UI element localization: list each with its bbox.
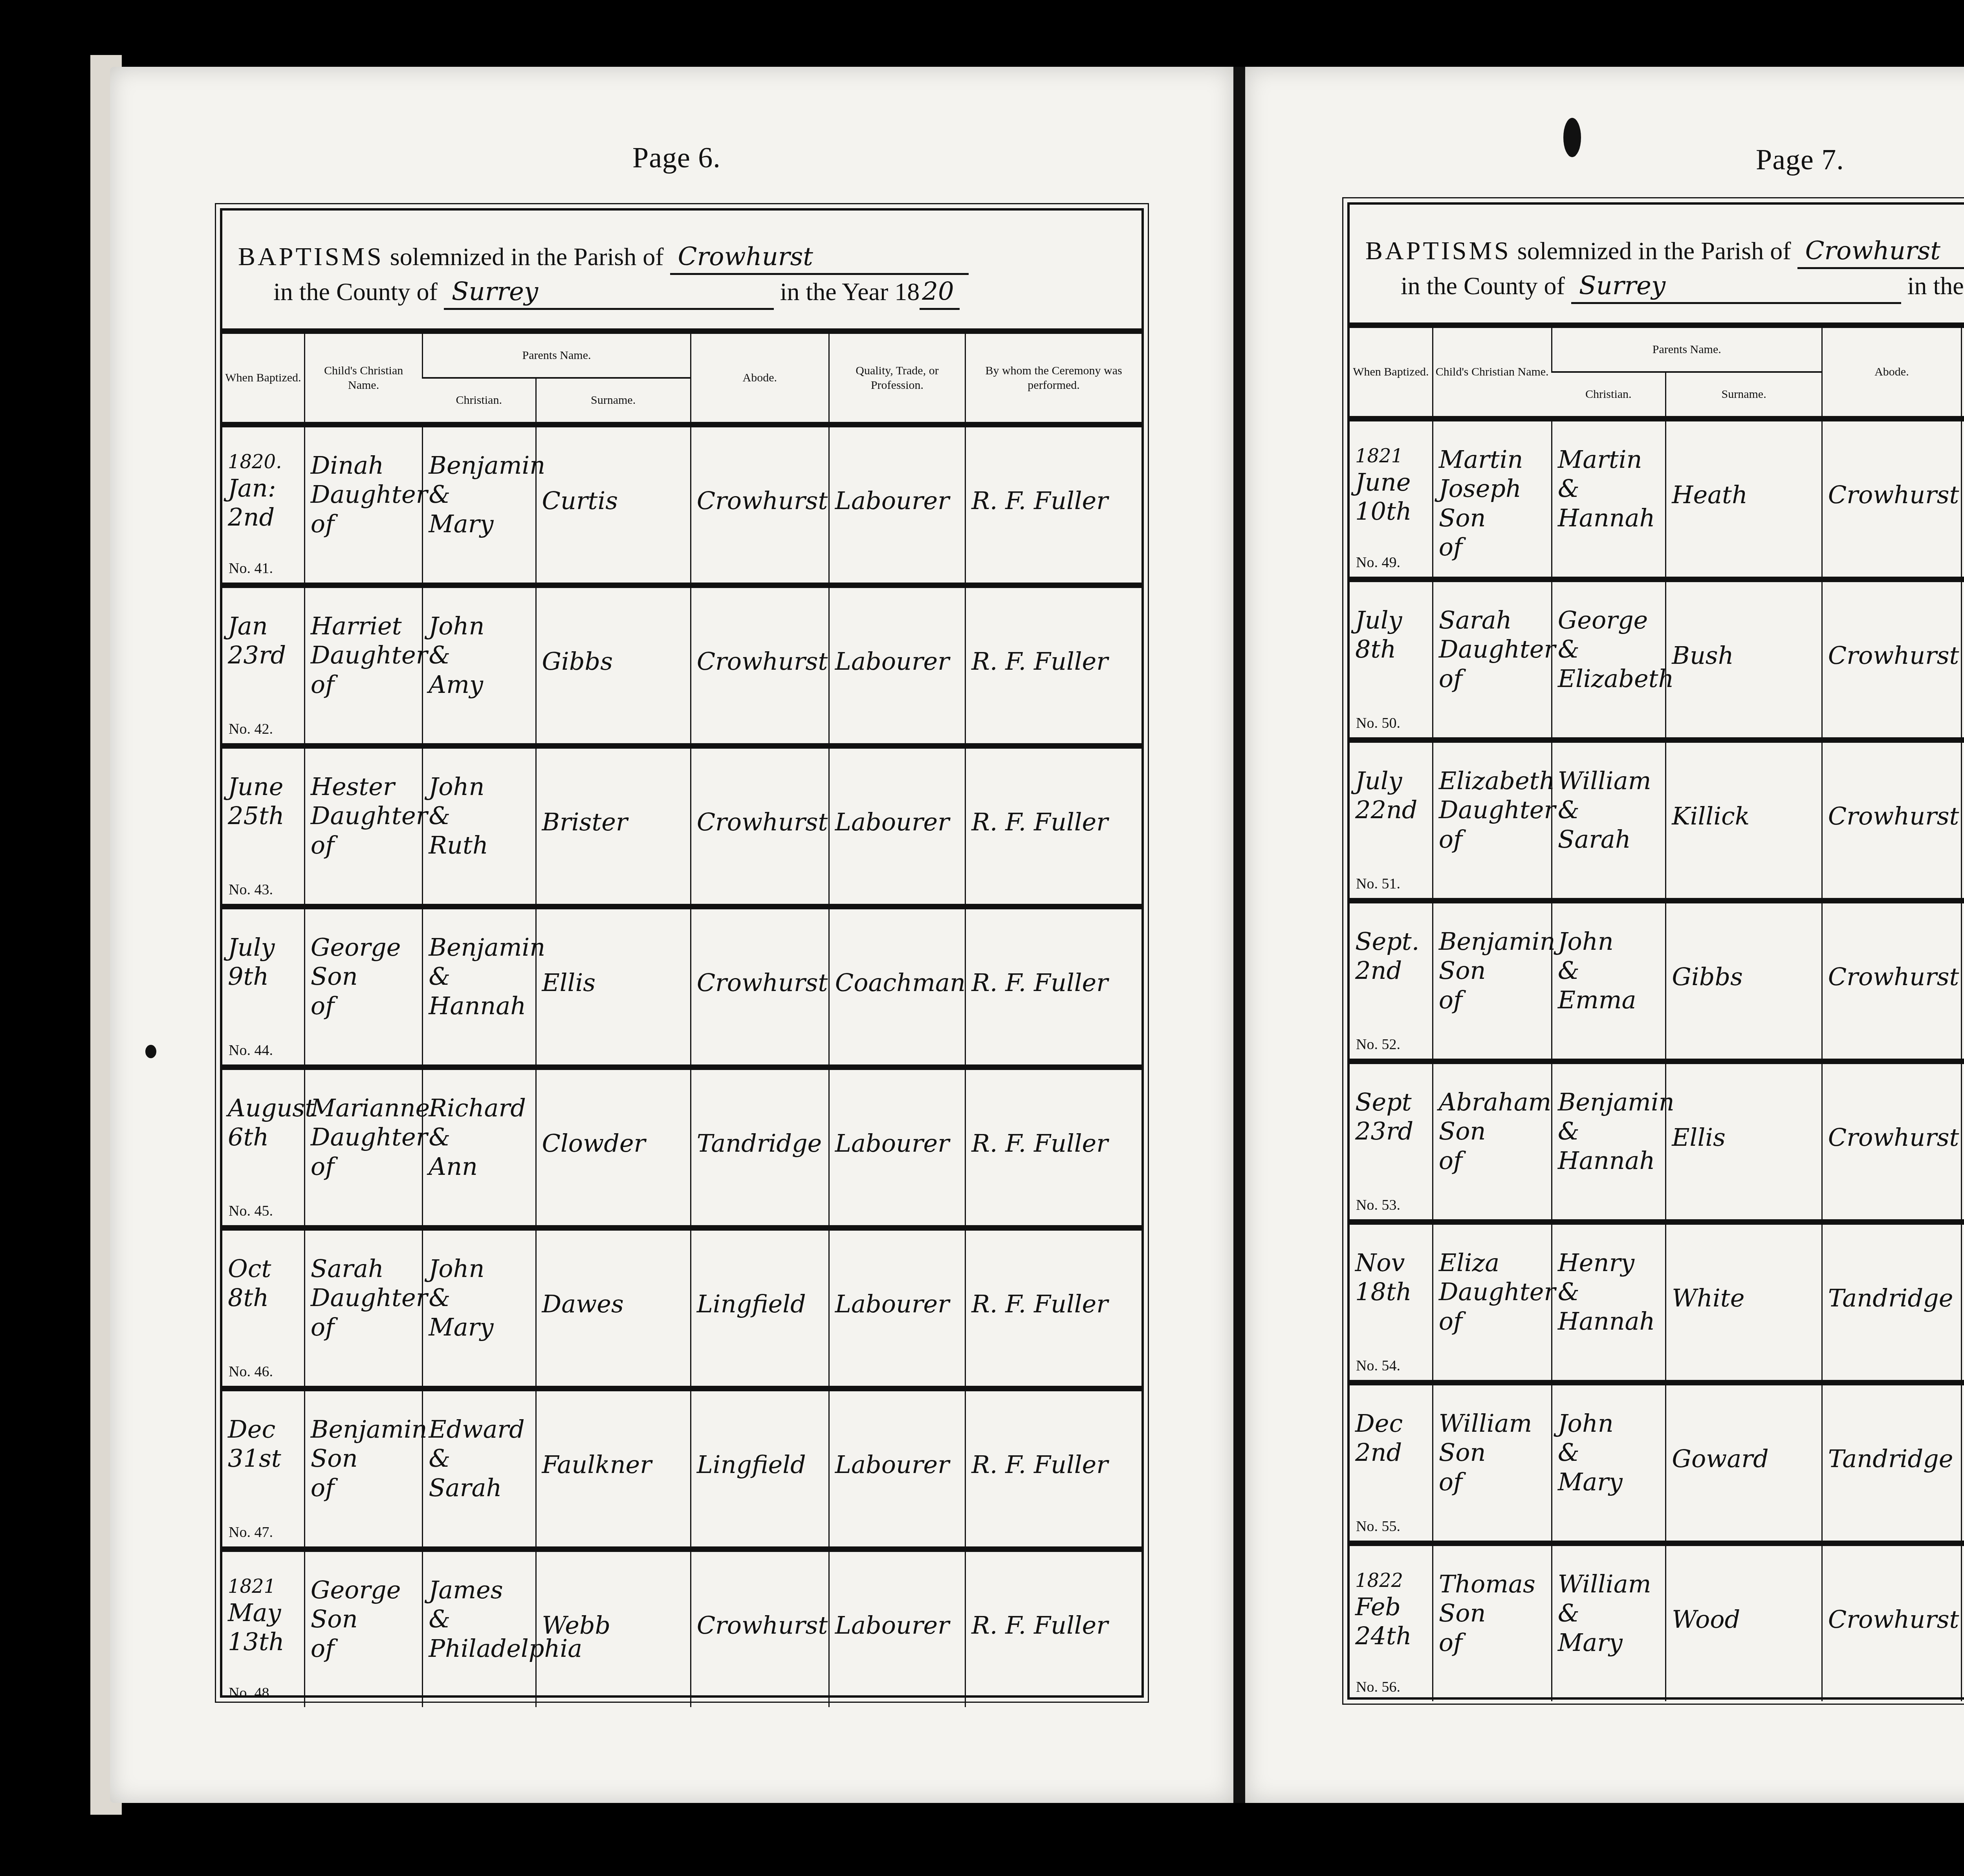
cell-quality-text: Labourer — [1962, 903, 1964, 991]
county-label: in the County of — [273, 278, 438, 306]
cell-quality: Coachman — [829, 907, 965, 1067]
cell-parents-christian-text: Benjamin & Hannah — [423, 909, 535, 1020]
baptism-date: Jan 23rd — [222, 588, 304, 670]
cell-child-name: George Son of — [304, 907, 423, 1067]
title-text: solemnized in the Parish of — [390, 243, 664, 271]
cell-parents-christian: Benjamin & Mary — [423, 425, 536, 585]
baptism-date: 1821May 13th — [222, 1552, 304, 1656]
cell-abode: Crowhurst — [1822, 1543, 1961, 1701]
cell-child-name: Abraham Son of — [1433, 1061, 1552, 1222]
cell-child-name: Thomas Son of — [1433, 1543, 1552, 1701]
cell-quality: Labourer — [1962, 901, 1964, 1061]
cell-child-name: Sarah Daughter of — [304, 1228, 423, 1389]
cell-abode-text: Crowhurst — [1823, 903, 1961, 991]
baptism-date: June 25th — [222, 749, 304, 831]
col-quality: Quality, Trade, or Profession. — [829, 331, 965, 425]
cell-child-name: William Son of — [1433, 1383, 1552, 1543]
cell-quality-text: Labourer — [830, 1231, 965, 1319]
cell-parents-surname-text: Bush — [1666, 582, 1821, 670]
cell-parents-christian: John & Ruth — [423, 746, 536, 907]
cell-parents-surname: Ellis — [536, 907, 691, 1067]
cell-child-name: Hester Daughter of — [304, 746, 423, 907]
cell-quality-text: Labourer — [830, 1391, 965, 1479]
cell-quality-text: Labourer — [1962, 743, 1964, 831]
col-parents-name: Parents Name. — [1552, 325, 1822, 372]
baptism-date: Sept 23rd — [1350, 1064, 1432, 1146]
entry-number: No. 47. — [229, 1524, 273, 1541]
cell-parents-surname-text: White — [1666, 1225, 1821, 1313]
table-row: Jan 23rdNo. 42.Harriet Daughter ofJohn &… — [222, 585, 1141, 746]
year-field: 20 — [920, 277, 960, 310]
cell-child-name-text: Elizabeth Daughter of — [1433, 743, 1551, 854]
cell-abode: Crowhurst — [691, 425, 829, 585]
cell-parents-christian-text: Martin & Hannah — [1552, 421, 1665, 533]
cell-quality: Labourer — [829, 1549, 965, 1707]
cell-when-baptized: Sept 23rdNo. 53. — [1350, 1061, 1433, 1222]
cell-abode: Tandridge — [1822, 1222, 1961, 1383]
cell-child-name-text: Sarah Daughter of — [1433, 582, 1551, 693]
cell-parents-surname-text: Curtis — [537, 427, 690, 515]
ink-blot — [1563, 118, 1581, 157]
cell-child-name: George Son of — [304, 1549, 423, 1707]
cell-quality: Labourer — [1962, 1061, 1964, 1222]
col-abode: Abode. — [691, 331, 829, 425]
cell-when-baptized: Dec 31stNo. 47. — [222, 1389, 304, 1549]
cell-quality: Labourer — [1962, 740, 1964, 901]
cell-parents-surname-text: Ellis — [537, 909, 690, 997]
cell-when-baptized: June 25thNo. 43. — [222, 746, 304, 907]
cell-child-name-text: George Son of — [305, 909, 422, 1020]
county-label: in the County of — [1401, 272, 1565, 300]
cell-officiant-text: R. F. Fuller — [966, 909, 1141, 997]
table-row: Nov 18thNo. 54.Eliza Daughter ofHenry & … — [1350, 1222, 1964, 1383]
cell-parents-surname: Gibbs — [1666, 901, 1822, 1061]
baptism-date: July 22nd — [1350, 743, 1432, 825]
cell-quality: Labourer — [1962, 579, 1964, 740]
cell-parents-christian: George & Elizabeth — [1552, 579, 1666, 740]
entry-number: No. 55. — [1356, 1518, 1400, 1535]
cell-parents-christian: Richard & Ann — [423, 1067, 536, 1228]
cell-abode: Crowhurst — [1822, 419, 1961, 579]
cell-quality-text: Coachman — [830, 909, 965, 997]
cell-child-name: Elizabeth Daughter of — [1433, 740, 1552, 901]
cell-when-baptized: 1822Feb 24thNo. 56. — [1350, 1543, 1433, 1701]
cell-officiant-text: R. F. Fuller — [966, 1070, 1141, 1158]
cell-officiant: R. F. Fuller — [966, 585, 1141, 746]
cell-when-baptized: Oct 8thNo. 46. — [222, 1228, 304, 1389]
cell-parents-surname-text: Brister — [537, 749, 690, 837]
cell-parents-surname-text: Gibbs — [537, 588, 690, 676]
cell-officiant-text: R. F. Fuller — [966, 1231, 1141, 1319]
cell-parents-christian-text: William & Mary — [1552, 1546, 1665, 1657]
table-row: Dec 31stNo. 47.Benjamin Son ofEdward & S… — [222, 1389, 1141, 1549]
col-parents-christian: Christian. — [1552, 372, 1666, 419]
cell-abode-text: Tandridge — [1823, 1385, 1961, 1473]
cell-parents-christian: James & Philadelphia — [423, 1549, 536, 1707]
cell-officiant: R. F. Fuller — [966, 1067, 1141, 1228]
cell-child-name-text: William Son of — [1433, 1385, 1551, 1497]
cell-parents-christian-text: Edward & Sarah — [423, 1391, 535, 1502]
col-child-name: Child's Christian Name. — [1433, 325, 1552, 419]
entry-number: No. 46. — [229, 1363, 273, 1380]
cell-abode: Crowhurst — [1822, 1061, 1961, 1222]
cell-abode: Crowhurst — [691, 746, 829, 907]
cell-abode-text: Crowhurst — [691, 1552, 828, 1640]
year-label: in the Year 18 — [1907, 272, 1964, 300]
cell-quality-text: Labourer — [1962, 1064, 1964, 1152]
cell-child-name: Dinah Daughter of — [304, 425, 423, 585]
baptism-year: 1822 — [1355, 1570, 1428, 1592]
table-row: 1821May 13thNo. 48.George Son ofJames & … — [222, 1549, 1141, 1707]
cell-officiant: R. F. Fuller — [966, 1228, 1141, 1389]
cell-parents-christian: John & Mary — [423, 1228, 536, 1389]
cell-officiant-text: R. F. Fuller — [966, 749, 1141, 837]
cell-parents-christian: Benjamin & Hannah — [1552, 1061, 1666, 1222]
header-row: When Baptized.Child's Christian Name.Par… — [222, 331, 1141, 378]
cell-quality: Labourer — [829, 1389, 965, 1549]
col-quality: Quality, Trade, or Profession. — [1962, 325, 1964, 419]
baptism-date: 1821June 10th — [1350, 421, 1432, 526]
baptism-date: Oct 8th — [222, 1231, 304, 1313]
cell-abode: Lingfield — [691, 1389, 829, 1549]
cell-abode-text: Crowhurst — [691, 427, 828, 515]
cell-child-name-text: Martin Joseph Son of — [1433, 421, 1551, 562]
cell-abode: Crowhurst — [691, 907, 829, 1067]
cell-child-name: Marianne Daughter of — [304, 1067, 423, 1228]
cell-officiant: R. F. Fuller — [966, 1389, 1141, 1549]
cell-parents-surname: Bush — [1666, 579, 1822, 740]
cell-parents-surname: White — [1666, 1222, 1822, 1383]
cell-parents-surname: Goward — [1666, 1383, 1822, 1543]
cell-quality: Labourer — [829, 425, 965, 585]
page-number-right: Page 7. — [1756, 143, 1844, 177]
cell-abode-text: Crowhurst — [1823, 1064, 1961, 1152]
cell-parents-christian-text: George & Elizabeth — [1552, 582, 1665, 693]
cell-abode-text: Lingfield — [691, 1231, 828, 1319]
cell-parents-surname-text: Clowder — [537, 1070, 690, 1158]
cell-abode: Crowhurst — [1822, 579, 1961, 740]
col-parents-surname: Surname. — [1666, 372, 1822, 419]
table-row: June 25thNo. 43.Hester Daughter ofJohn &… — [222, 746, 1141, 907]
cell-child-name-text: Harriet Daughter of — [305, 588, 422, 699]
cell-abode-text: Crowhurst — [1823, 582, 1961, 670]
col-parents-name: Parents Name. — [423, 331, 691, 378]
table-row: Oct 8thNo. 46.Sarah Daughter ofJohn & Ma… — [222, 1228, 1141, 1389]
cell-child-name-text: Abraham Son of — [1433, 1064, 1551, 1175]
cell-parents-christian-text: John & Mary — [1552, 1385, 1665, 1497]
cell-parents-surname-text: Wood — [1666, 1546, 1821, 1634]
baptism-date: Sept. 2nd — [1350, 903, 1432, 986]
col-when-baptized: When Baptized. — [222, 331, 304, 425]
cell-parents-surname: Webb — [536, 1549, 691, 1707]
cell-child-name-text: Eliza Daughter of — [1433, 1225, 1551, 1336]
col-when-baptized: When Baptized. — [1350, 325, 1433, 419]
cell-child-name-text: Marianne Daughter of — [305, 1070, 422, 1181]
cell-parents-christian-text: James & Philadelphia — [423, 1552, 535, 1663]
cell-when-baptized: 1820.Jan: 2ndNo. 41. — [222, 425, 304, 585]
cell-quality-text: Labourer — [830, 1070, 965, 1158]
cell-abode: Crowhurst — [1822, 740, 1961, 901]
cell-officiant-text: R. F. Fuller — [966, 1552, 1141, 1640]
col-child-name: Child's Christian Name. — [304, 331, 423, 425]
parish-field: Crowhurst — [1797, 236, 1964, 269]
baptism-table-left: When Baptized.Child's Christian Name.Par… — [222, 328, 1141, 1707]
county-field: Surrey — [1571, 271, 1901, 304]
cell-abode: Lingfield — [691, 1228, 829, 1389]
cell-when-baptized: July 8thNo. 50. — [1350, 579, 1433, 740]
cell-when-baptized: Jan 23rdNo. 42. — [222, 585, 304, 746]
cell-child-name-text: Benjamin Son of — [305, 1391, 422, 1502]
cell-parents-surname-text: Gibbs — [1666, 903, 1821, 991]
entry-number: No. 43. — [229, 881, 273, 898]
cell-child-name: Harriet Daughter of — [304, 585, 423, 746]
entry-number: No. 52. — [1356, 1036, 1400, 1053]
entry-number: No. 53. — [1356, 1196, 1400, 1214]
cell-parents-surname-text: Dawes — [537, 1231, 690, 1319]
cell-parents-christian: Edward & Sarah — [423, 1389, 536, 1549]
cell-abode: Tandridge — [1822, 1383, 1961, 1543]
cell-child-name: Martin Joseph Son of — [1433, 419, 1552, 579]
ink-dot — [145, 1045, 156, 1058]
cell-child-name-text: Sarah Daughter of — [305, 1231, 422, 1342]
col-parents-christian: Christian. — [423, 378, 536, 425]
entry-number: No. 42. — [229, 720, 273, 738]
entry-number: No. 49. — [1356, 554, 1400, 571]
col-parents-surname: Surname. — [536, 378, 691, 425]
cell-quality-text: Labourer — [1962, 1385, 1964, 1473]
cell-parents-surname: Wood — [1666, 1543, 1822, 1701]
entry-number: No. 48. — [229, 1684, 273, 1702]
baptism-date: Nov 18th — [1350, 1225, 1432, 1307]
col-officiant: By whom the Ceremony was performed. — [966, 331, 1141, 425]
cell-quality: Labourer — [829, 1228, 965, 1389]
cell-parents-surname: Curtis — [536, 425, 691, 585]
cell-parents-surname: Heath — [1666, 419, 1822, 579]
cell-officiant: R. F. Fuller — [966, 425, 1141, 585]
cell-parents-surname: Ellis — [1666, 1061, 1822, 1222]
header-row: When Baptized.Child's Christian Name.Par… — [1350, 325, 1964, 372]
cell-parents-christian-text: John & Mary — [423, 1231, 535, 1342]
table-row: August 6thNo. 45.Marianne Daughter ofRic… — [222, 1067, 1141, 1228]
cell-parents-christian-text: Richard & Ann — [423, 1070, 535, 1181]
cell-parents-surname: Faulkner — [536, 1389, 691, 1549]
table-row: Sept. 2ndNo. 52.Benjamin Son ofJohn & Em… — [1350, 901, 1964, 1061]
cell-officiant-text: R. F. Fuller — [966, 427, 1141, 515]
county-field: Surrey — [444, 277, 774, 310]
cell-parents-surname: Killick — [1666, 740, 1822, 901]
cell-quality: Labourer — [829, 585, 965, 746]
entry-number: No. 44. — [229, 1042, 273, 1059]
entry-number: No. 45. — [229, 1202, 273, 1220]
cell-when-baptized: July 9thNo. 44. — [222, 907, 304, 1067]
cell-abode-text: Tandridge — [1823, 1225, 1961, 1313]
cell-parents-christian: Martin & Hannah — [1552, 419, 1666, 579]
cell-parents-surname-text: Goward — [1666, 1385, 1821, 1473]
cell-parents-surname: Dawes — [536, 1228, 691, 1389]
cell-quality-text: Labourer — [1962, 1225, 1964, 1313]
cell-abode-text: Lingfield — [691, 1391, 828, 1479]
cell-parents-christian: Henry & Hannah — [1552, 1222, 1666, 1383]
cell-quality-text: Labourer — [830, 588, 965, 676]
baptism-date: August 6th — [222, 1070, 304, 1152]
cell-abode-text: Crowhurst — [1823, 1546, 1961, 1634]
cell-abode-text: Tandridge — [691, 1070, 828, 1158]
baptism-date: Dec 31st — [222, 1391, 304, 1473]
cell-parents-christian-text: Henry & Hannah — [1552, 1225, 1665, 1336]
cell-officiant: R. F. Fuller — [966, 746, 1141, 907]
baptism-date: July 8th — [1350, 582, 1432, 664]
cell-when-baptized: 1821June 10thNo. 49. — [1350, 419, 1433, 579]
cell-parents-christian-text: William & Sarah — [1552, 743, 1665, 854]
cell-abode-text: Crowhurst — [691, 909, 828, 997]
cell-quality: Labourer — [1962, 1383, 1964, 1543]
cell-quality-text: Labourer — [1962, 582, 1964, 670]
table-row: July 22ndNo. 51.Elizabeth Daughter ofWil… — [1350, 740, 1964, 901]
entry-number: No. 56. — [1356, 1678, 1400, 1696]
baptism-year: 1821 — [228, 1576, 300, 1598]
cell-child-name-text: Benjamin Son of — [1433, 903, 1551, 1015]
cell-abode: Crowhurst — [691, 1549, 829, 1707]
page-number-left: Page 6. — [632, 141, 721, 175]
cell-parents-surname: Brister — [536, 746, 691, 907]
cell-child-name: Sarah Daughter of — [1433, 579, 1552, 740]
cell-quality-text: Farmer — [1962, 421, 1964, 509]
cell-abode-text: Crowhurst — [691, 588, 828, 676]
cell-child-name: Eliza Daughter of — [1433, 1222, 1552, 1383]
table-row: 1821June 10thNo. 49.Martin Joseph Son of… — [1350, 419, 1964, 579]
entry-number: No. 51. — [1356, 875, 1400, 892]
cell-parents-surname-text: Ellis — [1666, 1064, 1821, 1152]
cell-parents-surname: Clowder — [536, 1067, 691, 1228]
baptism-year: 1821 — [1355, 445, 1428, 468]
cell-officiant: R. F. Fuller — [966, 907, 1141, 1067]
title-prefix: BAPTISMS — [238, 242, 384, 271]
cell-when-baptized: Dec 2ndNo. 55. — [1350, 1383, 1433, 1543]
cell-abode-text: Crowhurst — [1823, 421, 1961, 509]
baptism-date: Dec 2nd — [1350, 1385, 1432, 1467]
cell-quality-text: Labourer — [1962, 1546, 1964, 1634]
cell-parents-christian-text: John & Emma — [1552, 903, 1665, 1015]
cell-child-name-text: Thomas Son of — [1433, 1546, 1551, 1657]
cell-quality-text: Labourer — [830, 427, 965, 515]
cell-when-baptized: July 22ndNo. 51. — [1350, 740, 1433, 901]
baptism-date: 1820.Jan: 2nd — [222, 427, 304, 532]
cell-abode: Crowhurst — [1822, 901, 1961, 1061]
table-row: July 8thNo. 50.Sarah Daughter ofGeorge &… — [1350, 579, 1964, 740]
table-row: Sept 23rdNo. 53.Abraham Son ofBenjamin &… — [1350, 1061, 1964, 1222]
cell-when-baptized: 1821May 13thNo. 48. — [222, 1549, 304, 1707]
baptism-date: 1822Feb 24th — [1350, 1546, 1432, 1651]
table-row: 1820.Jan: 2ndNo. 41.Dinah Daughter ofBen… — [222, 425, 1141, 585]
cell-abode-text: Crowhurst — [1823, 743, 1961, 831]
cell-child-name-text: Hester Daughter of — [305, 749, 422, 860]
cell-child-name: Benjamin Son of — [304, 1389, 423, 1549]
cell-parents-christian: Benjamin & Hannah — [423, 907, 536, 1067]
cell-parents-christian-text: John & Ruth — [423, 749, 535, 860]
cell-abode-text: Crowhurst — [691, 749, 828, 837]
cell-parents-christian: William & Sarah — [1552, 740, 1666, 901]
cell-quality-text: Labourer — [830, 1552, 965, 1640]
cell-quality: Farmer — [1962, 419, 1964, 579]
baptism-year: 1820. — [228, 451, 300, 474]
table-row: July 9thNo. 44.George Son ofBenjamin & H… — [222, 907, 1141, 1067]
cell-when-baptized: Sept. 2ndNo. 52. — [1350, 901, 1433, 1061]
cell-officiant-text: R. F. Fuller — [966, 588, 1141, 676]
cell-officiant: R. F. Fuller — [966, 1549, 1141, 1707]
cell-parents-christian: John & Mary — [1552, 1383, 1666, 1543]
cell-quality: Labourer — [1962, 1543, 1964, 1701]
cell-parents-christian-text: John & Amy — [423, 588, 535, 699]
book-gutter — [1233, 67, 1245, 1803]
cell-parents-surname: Gibbs — [536, 585, 691, 746]
baptism-table-right: When Baptized.Child's Christian Name.Par… — [1350, 322, 1964, 1701]
col-abode: Abode. — [1822, 325, 1961, 419]
title-prefix: BAPTISMS — [1365, 236, 1511, 265]
entry-number: No. 41. — [229, 560, 273, 577]
cell-quality: Labourer — [829, 1067, 965, 1228]
cell-child-name-text: George Son of — [305, 1552, 422, 1663]
cell-abode: Tandridge — [691, 1067, 829, 1228]
cell-officiant-text: R. F. Fuller — [966, 1391, 1141, 1479]
cell-child-name-text: Dinah Daughter of — [305, 427, 422, 539]
cell-parents-surname-text: Killick — [1666, 743, 1821, 831]
cell-parents-christian-text: Benjamin & Mary — [423, 427, 535, 539]
entry-number: No. 54. — [1356, 1357, 1400, 1374]
cell-parents-christian-text: Benjamin & Hannah — [1552, 1064, 1665, 1175]
cell-child-name: Benjamin Son of — [1433, 901, 1552, 1061]
baptism-date: July 9th — [222, 909, 304, 991]
year-label: in the Year 18 — [780, 278, 920, 306]
parish-field: Crowhurst — [670, 242, 969, 275]
cell-parents-christian: John & Emma — [1552, 901, 1666, 1061]
table-row: 1822Feb 24thNo. 56.Thomas Son ofWilliam … — [1350, 1543, 1964, 1701]
cell-quality: Labourer — [829, 746, 965, 907]
register-left: BAPTISMS solemnized in the Parish of Cro… — [220, 208, 1144, 1698]
cell-parents-surname-text: Heath — [1666, 421, 1821, 509]
cell-parents-surname-text: Webb — [537, 1552, 690, 1640]
entry-number: No. 50. — [1356, 714, 1400, 732]
cell-parents-christian: John & Amy — [423, 585, 536, 746]
cell-abode: Crowhurst — [691, 585, 829, 746]
cell-when-baptized: Nov 18thNo. 54. — [1350, 1222, 1433, 1383]
cell-when-baptized: August 6thNo. 45. — [222, 1067, 304, 1228]
cell-quality-text: Labourer — [830, 749, 965, 837]
cell-parents-surname-text: Faulkner — [537, 1391, 690, 1479]
register-right: BAPTISMS solemnized in the Parish of Cro… — [1347, 202, 1964, 1700]
cell-parents-christian: William & Mary — [1552, 1543, 1666, 1701]
cell-quality: Labourer — [1962, 1222, 1964, 1383]
title-text: solemnized in the Parish of — [1517, 237, 1791, 265]
table-row: Dec 2ndNo. 55.William Son ofJohn & MaryG… — [1350, 1383, 1964, 1543]
